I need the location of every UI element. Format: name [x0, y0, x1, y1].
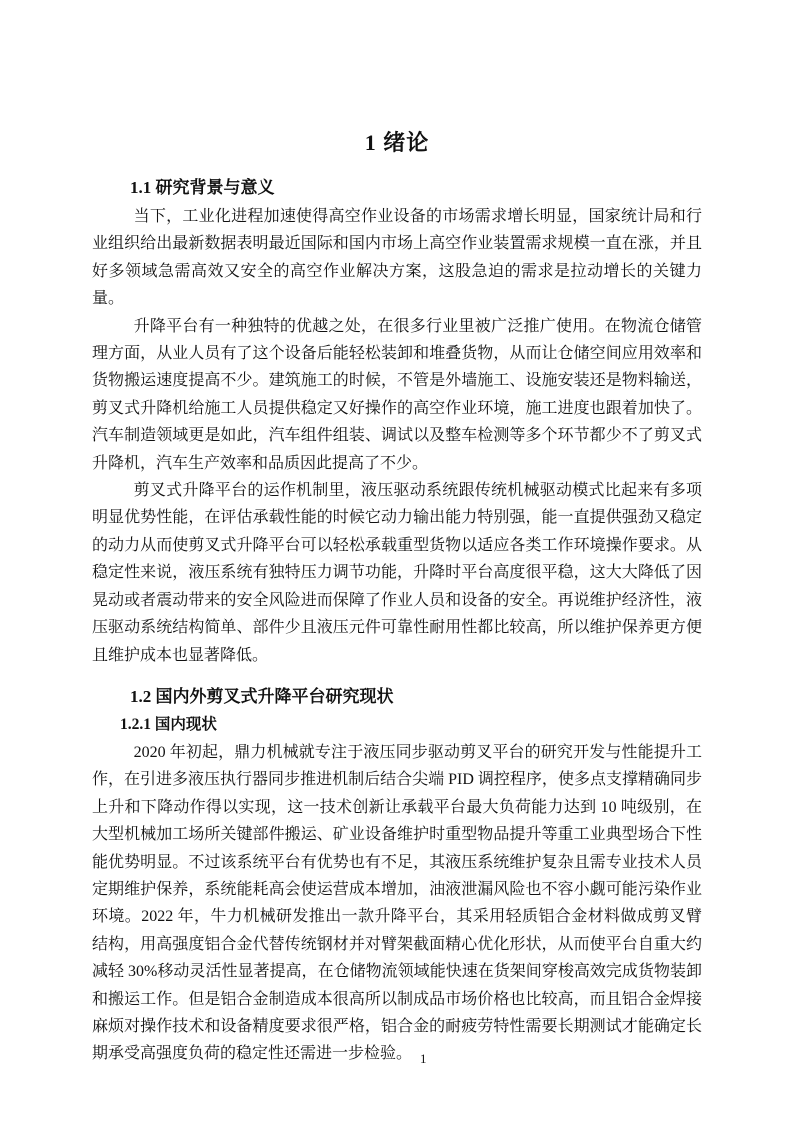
paragraph-background-demand: 当下，工业化进程加速使得高空作业设备的市场需求增长明显，国家统计局和行业组织给出…: [92, 203, 702, 313]
page-number: 1: [420, 1052, 427, 1066]
section-heading-1-2: 1.2 国内外剪叉式升降平台研究现状: [92, 683, 702, 711]
paragraph-hydraulic-advantages: 剪叉式升降平台的运作机制里，液压驱动系统跟传统机械驱动模式比起来有多项明显优势性…: [92, 477, 702, 669]
section-heading-1-1: 1.1 研究背景与意义: [92, 174, 702, 202]
subsection-heading-1-2-1: 1.2.1 国内现状: [92, 712, 702, 738]
paragraph-domestic-status: 2020 年初起，鼎力机械就专注于液压同步驱动剪叉平台的研究开发与性能提升工作，…: [92, 739, 702, 1068]
paragraph-industry-applications: 升降平台有一种独特的优越之处，在很多行业里被广泛推广使用。在物流仓储管理方面，从…: [92, 313, 702, 477]
document-page: 1 绪论 1.1 研究背景与意义 当下，工业化进程加速使得高空作业设备的市场需求…: [0, 0, 793, 1122]
chapter-title: 1 绪论: [92, 126, 702, 160]
